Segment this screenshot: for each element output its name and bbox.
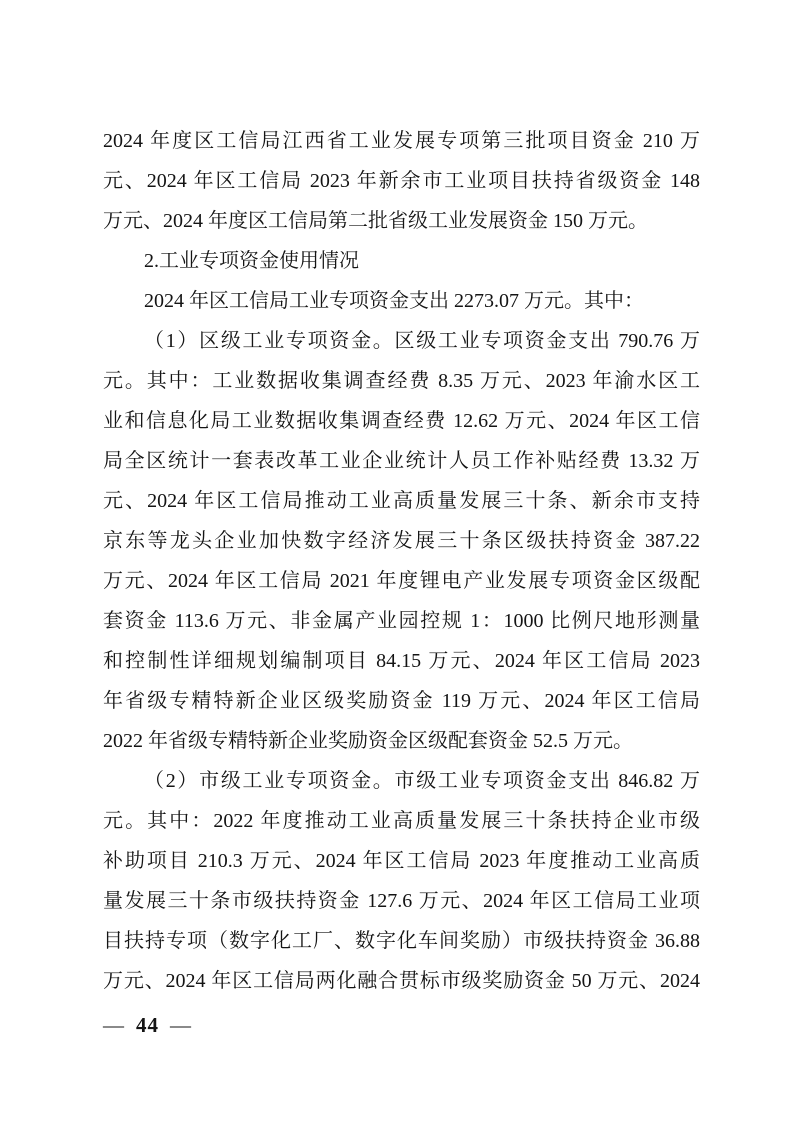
- para-continuation-funding-sources: 2024 年度区工信局江西省工业发展专项第三批项目资金 210 万元、2024 …: [103, 121, 700, 241]
- heading-section-2: 2.工业专项资金使用情况: [103, 241, 700, 281]
- footer-left-dash: —: [103, 1013, 125, 1037]
- text-line: 局全区统计一套表改革工业企业统计人员工作补贴经费 13.32 万: [103, 441, 700, 481]
- para-total-expenditure: 2024 年区工信局工业专项资金支出 2273.07 万元。其中：: [103, 281, 700, 321]
- text-line: 2024 年区工信局工业专项资金支出 2273.07 万元。其中：: [103, 281, 700, 321]
- text-line: 万元、2024 年区工信局 2021 年度锂电产业发展专项资金区级配: [103, 561, 700, 601]
- text-line: 2.工业专项资金使用情况: [103, 241, 700, 281]
- text-line: 业和信息化局工业数据收集调查经费 12.62 万元、2024 年区工信: [103, 401, 700, 441]
- text-line: 京东等龙头企业加快数字经济发展三十条区级扶持资金 387.22: [103, 521, 700, 561]
- text-line: 和控制性详细规划编制项目 84.15 万元、2024 年区工信局 2023: [103, 641, 700, 681]
- text-line: 2024 年度区工信局江西省工业发展专项第三批项目资金 210 万: [103, 121, 700, 161]
- page-footer: —44—: [103, 1010, 192, 1040]
- text-line: 2022 年省级专精特新企业奖励资金区级配套资金 52.5 万元。: [103, 721, 700, 761]
- text-block: 2024 年度区工信局江西省工业发展专项第三批项目资金 210 万元、2024 …: [103, 121, 700, 1001]
- text-line: 补助项目 210.3 万元、2024 年区工信局 2023 年度推动工业高质: [103, 841, 700, 881]
- text-line: 万元、2024 年度区工信局第二批省级工业发展资金 150 万元。: [103, 201, 700, 241]
- text-line: 万元、2024 年区工信局两化融合贯标市级奖励资金 50 万元、2024: [103, 961, 700, 1001]
- document-page: 2024 年度区工信局江西省工业发展专项第三批项目资金 210 万元、2024 …: [0, 0, 793, 1122]
- text-line: （1）区级工业专项资金。区级工业专项资金支出 790.76 万: [103, 321, 700, 361]
- text-line: 元、2024 年区工信局 2023 年新余市工业项目扶持省级资金 148: [103, 161, 700, 201]
- text-line: 量发展三十条市级扶持资金 127.6 万元、2024 年区工信局工业项: [103, 881, 700, 921]
- para-district-level-funds: （1）区级工业专项资金。区级工业专项资金支出 790.76 万元。其中：工业数据…: [103, 321, 700, 761]
- page-number: 44: [136, 1013, 159, 1037]
- text-line: 元、2024 年区工信局推动工业高质量发展三十条、新余市支持: [103, 481, 700, 521]
- text-line: （2）市级工业专项资金。市级工业专项资金支出 846.82 万: [103, 761, 700, 801]
- text-line: 目扶持专项（数字化工厂、数字化车间奖励）市级扶持资金 36.88: [103, 921, 700, 961]
- footer-right-dash: —: [170, 1013, 192, 1037]
- text-line: 元。其中：工业数据收集调查经费 8.35 万元、2023 年渝水区工: [103, 361, 700, 401]
- para-city-level-funds: （2）市级工业专项资金。市级工业专项资金支出 846.82 万元。其中：2022…: [103, 761, 700, 1001]
- text-line: 年省级专精特新企业区级奖励资金 119 万元、2024 年区工信局: [103, 681, 700, 721]
- text-line: 元。其中：2022 年度推动工业高质量发展三十条扶持企业市级: [103, 801, 700, 841]
- text-line: 套资金 113.6 万元、非金属产业园控规 1：1000 比例尺地形测量: [103, 601, 700, 641]
